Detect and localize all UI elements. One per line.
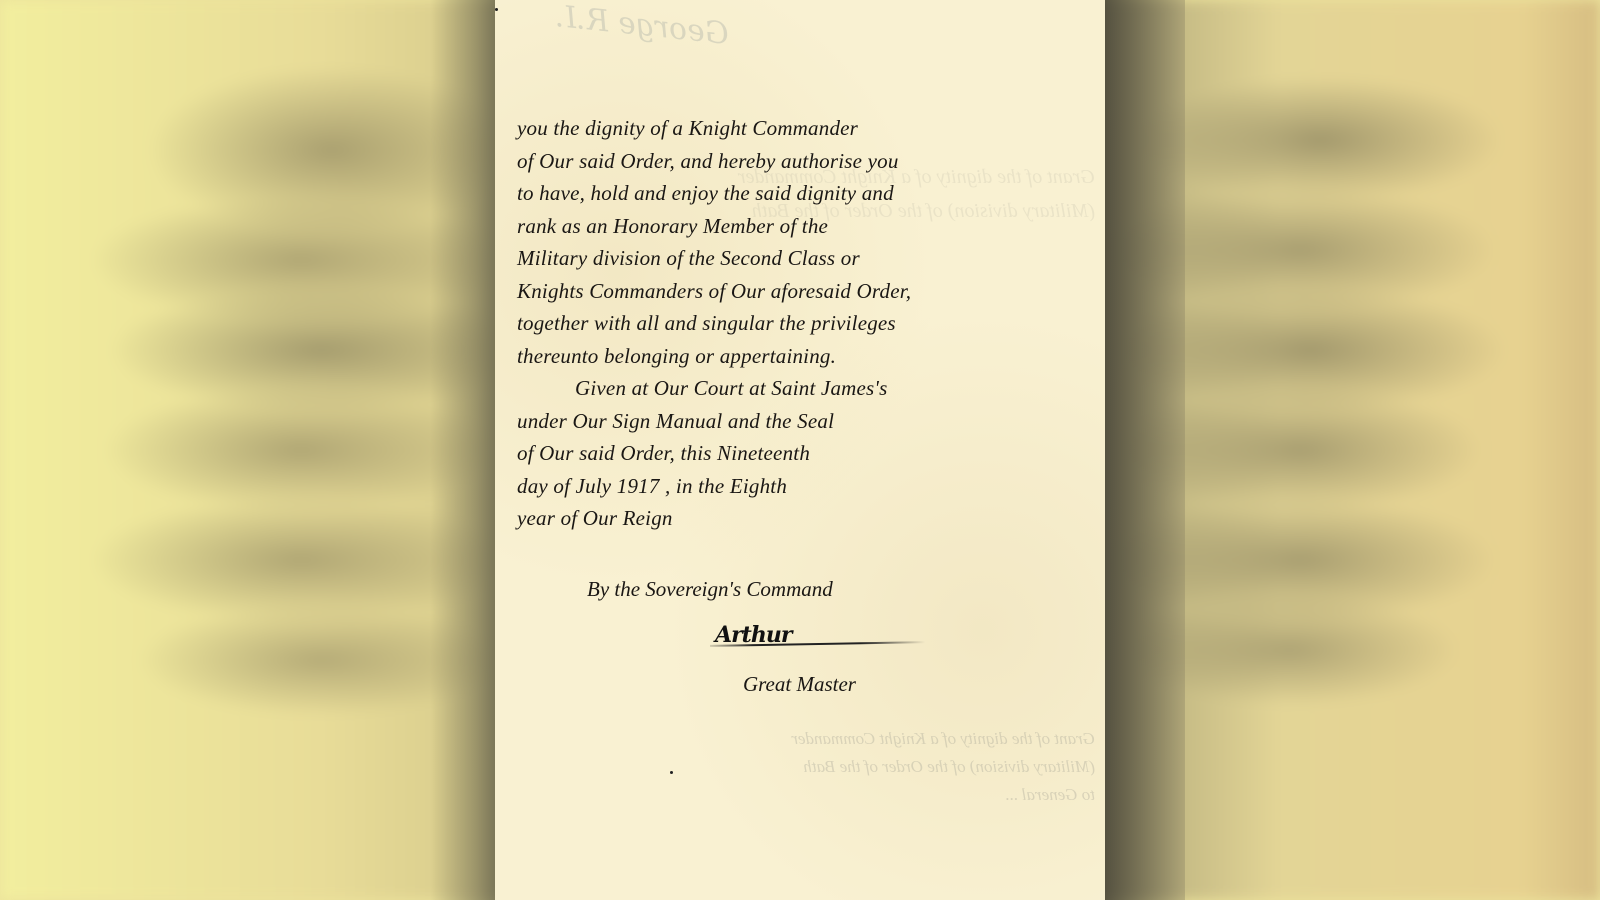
closing-formula: By the Sovereign's Command — [587, 577, 833, 602]
body-line: under Our Sign Manual and the Seal — [517, 405, 977, 438]
page-shadow-right — [1105, 0, 1185, 900]
warrant-body: you the dignity of a Knight Commander of… — [517, 112, 977, 535]
document-page: George R.I. Grant of the dignity of a Kn… — [495, 0, 1105, 900]
body-line: of Our said Order, and hereby authorise … — [517, 145, 977, 178]
body-line: rank as an Honorary Member of the — [517, 210, 977, 243]
body-line: thereunto belonging or appertaining. — [517, 340, 977, 373]
paper-speck — [670, 771, 673, 774]
body-line: Knights Commanders of Our aforesaid Orde… — [517, 275, 977, 308]
body-line: Military division of the Second Class or — [517, 242, 977, 275]
signature: Arthur — [715, 622, 791, 648]
body-line: you the dignity of a Knight Commander — [517, 112, 977, 145]
bleed-through-signature: George R.I. — [554, 0, 731, 52]
body-line: year of Our Reign — [517, 502, 977, 535]
body-line: Given at Our Court at Saint James's — [517, 372, 977, 405]
page-shadow-left — [430, 0, 495, 900]
body-line: day of July 1917 , in the Eighth — [517, 470, 977, 503]
bleed-through-endorsement: Grant of the dignity of a Knight Command… — [685, 725, 1095, 809]
body-line: together with all and singular the privi… — [517, 307, 977, 340]
signer-title: Great Master — [743, 672, 856, 697]
body-line: to have, hold and enjoy the said dignity… — [517, 177, 977, 210]
body-line: of Our said Order, this Nineteenth — [517, 437, 977, 470]
paper-speck — [495, 8, 498, 11]
